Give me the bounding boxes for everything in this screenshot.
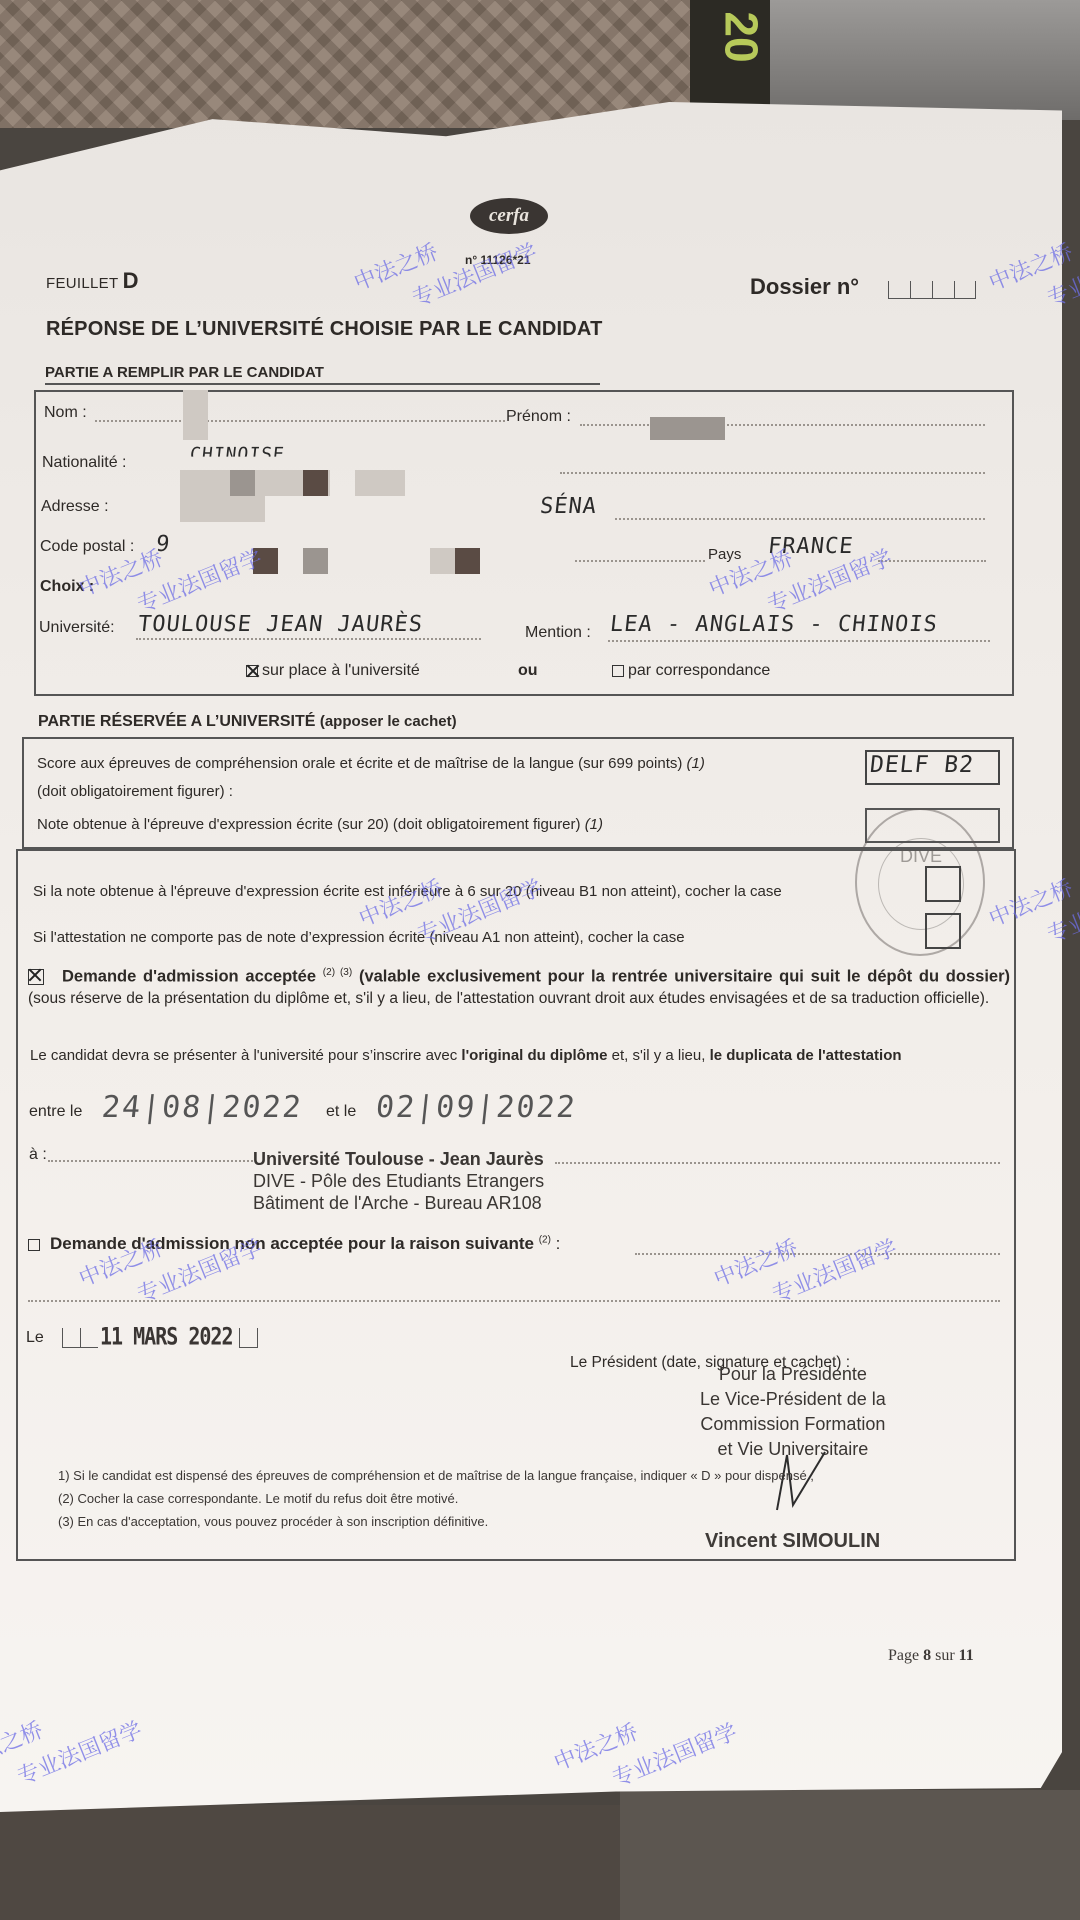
background-basket (0, 0, 710, 128)
footnote-2: (2) Cocher la case correspondante. Le mo… (58, 1487, 814, 1510)
code-postal-value[interactable]: 9 (155, 532, 172, 557)
sheet-label-text: FEUILLET (46, 275, 118, 292)
location-name: Université Toulouse - Jean Jaurès (253, 1148, 544, 1170)
page-number: Page 8 sur 11 (888, 1647, 974, 1665)
university-section-title: PARTIE RÉSERVÉE A L’UNIVERSITÉ (38, 713, 315, 730)
must-present-part1: Le candidat devra se présenter à l'unive… (30, 1047, 461, 1064)
redaction (355, 470, 405, 496)
a1-text: Si l'attestation ne comporte pas de note… (33, 927, 685, 948)
refused-reason-field-2[interactable] (28, 1300, 1000, 1302)
location-field-line-right (555, 1162, 1000, 1164)
candidate-section-header: PARTIE A REMPLIR PAR LE CANDIDAT (45, 364, 324, 381)
accepted-title: Demande d'admission acceptée (62, 968, 316, 986)
signatory-name: Vincent SIMOULIN (705, 1530, 880, 1553)
redaction (303, 470, 328, 496)
redaction (180, 496, 265, 522)
footnote-1: 1) Si le candidat est dispensé des épreu… (58, 1464, 814, 1487)
must-present-duplicate: le duplicata de l'attestation (710, 1047, 902, 1064)
background-book: 20 (690, 0, 770, 105)
decision-date-value: 11 MARS 2022 (100, 1322, 233, 1351)
redaction (455, 548, 480, 574)
page-total: 11 (959, 1647, 974, 1664)
location-block: Université Toulouse - Jean Jaurès DIVE -… (253, 1148, 544, 1214)
or-label: ou (518, 662, 538, 680)
must-present-part2: et, s'il y a lieu, (608, 1047, 710, 1064)
between-label: entre le (29, 1103, 82, 1121)
date-to-value[interactable]: 02|09|2022 (374, 1090, 578, 1125)
signatory-line: Le Vice-Président de la (700, 1387, 886, 1412)
refused-ref: (2) (539, 1234, 551, 1245)
accepted-block: Demande d'admission acceptée (2) (3) (va… (28, 962, 1010, 1009)
a1-checkbox[interactable] (925, 913, 961, 949)
sheet-letter: D (123, 268, 139, 293)
and-label: et le (326, 1103, 356, 1121)
correspondence-checkbox[interactable] (612, 665, 624, 677)
must-present-text: Le candidat devra se présenter à l'unive… (30, 1045, 1010, 1066)
redaction (230, 470, 255, 496)
pays-label: Pays (708, 546, 741, 563)
nom-field[interactable] (95, 420, 505, 422)
location-field-line (48, 1160, 253, 1162)
score-required: (doit obligatoirement figurer) : (37, 783, 233, 800)
accepted-conditions: (sous réserve de la présentation du dipl… (28, 988, 1010, 1009)
note-label-text: Note obtenue à l'épreuve d'expression éc… (37, 816, 581, 833)
note-label: Note obtenue à l'épreuve d'expression éc… (37, 816, 603, 833)
score-label-text: Score aux épreuves de compréhension oral… (37, 755, 682, 772)
choix-label: Choix : (40, 578, 94, 596)
redaction (253, 548, 278, 574)
b1-text: Si la note obtenue à l'épreuve d'express… (33, 881, 782, 902)
dossier-number-label: Dossier n° (750, 274, 859, 300)
universite-field-line (136, 638, 481, 640)
university-section-note: (apposer le cachet) (320, 713, 457, 730)
pays-field-line (878, 560, 986, 562)
mention-label: Mention : (525, 624, 591, 642)
accepted-refs: (2) (3) (323, 967, 352, 978)
must-present-original: l'original du diplôme (461, 1047, 607, 1064)
location-line2: DIVE - Pôle des Etudiants Etrangers (253, 1170, 544, 1192)
universite-label: Université: (39, 619, 115, 637)
redaction (650, 417, 725, 440)
background-floor-right (620, 1790, 1080, 1920)
on-site-checkbox[interactable] (246, 665, 258, 677)
signatory-line: Pour la Présidente (700, 1362, 886, 1387)
university-section-header: PARTIE RÉSERVÉE A L’UNIVERSITÉ (apposer … (38, 713, 457, 731)
footnotes: 1) Si le candidat est dispensé des épreu… (58, 1464, 814, 1533)
prenom-field[interactable] (580, 424, 985, 426)
score-value: DELF B2 (869, 752, 976, 778)
adresse-value[interactable]: SÉNA (539, 494, 599, 519)
candidate-section-box (34, 390, 1014, 696)
redaction (183, 390, 208, 440)
dossier-number-field[interactable] (888, 281, 976, 299)
on-site-label: sur place à l'université (262, 662, 420, 679)
stamp-text: DIVE (900, 846, 942, 867)
signatory-block: Pour la Présidente Le Vice-Président de … (700, 1362, 886, 1462)
divider (45, 383, 600, 385)
score-ref: (1) (687, 755, 705, 772)
pays-value[interactable]: FRANCE (767, 534, 855, 559)
redaction (303, 548, 328, 574)
at-label: à : (29, 1146, 47, 1164)
universite-value[interactable]: TOULOUSE JEAN JAURÈS (137, 612, 425, 637)
refused-checkbox[interactable] (28, 1239, 40, 1251)
refused-option[interactable]: Demande d'admission non acceptée pour la… (28, 1234, 560, 1254)
adresse-field-line (615, 518, 985, 520)
accepted-checkbox[interactable] (28, 969, 44, 985)
decision-date-field[interactable]: 11 MARS 2022 (62, 1324, 275, 1348)
mention-field-line (608, 640, 990, 642)
note-ref: (1) (585, 816, 603, 833)
adresse-label: Adresse : (41, 498, 109, 516)
accepted-validity: (valable exclusivement pour la rentrée u… (359, 968, 1010, 986)
refused-label: Demande d'admission non acceptée pour la… (50, 1234, 534, 1253)
cerfa-number: n° 11126*21 (465, 253, 531, 267)
correspondence-label: par correspondance (628, 662, 770, 679)
background-floor (0, 1805, 620, 1920)
mention-value[interactable]: LEA - ANGLAIS - CHINOIS (609, 612, 939, 637)
score-label: Score aux épreuves de compréhension oral… (37, 755, 705, 772)
nationalite-field-line (560, 472, 985, 474)
page-title: RÉPONSE DE L’UNIVERSITÉ CHOISIE PAR LE C… (46, 318, 603, 341)
signatory-line: Commission Formation (700, 1412, 886, 1437)
code-postal-label: Code postal : (40, 538, 134, 556)
nom-label: Nom : (44, 404, 87, 422)
location-line3: Bâtiment de l'Arche - Bureau AR108 (253, 1192, 544, 1214)
page-prefix: Page (888, 1647, 919, 1664)
footnote-3: (3) En cas d'acceptation, vous pouvez pr… (58, 1510, 814, 1533)
b1-checkbox[interactable] (925, 866, 961, 902)
cerfa-logo: cerfa (470, 198, 548, 234)
background-cloth (770, 0, 1080, 120)
option-correspondence[interactable]: par correspondance (612, 662, 770, 680)
ville-field-line (575, 560, 705, 562)
date-label: Le (26, 1329, 44, 1347)
page-mid: sur (935, 1647, 955, 1664)
prenom-label: Prénom : (506, 408, 571, 426)
option-on-site[interactable]: sur place à l'université (246, 662, 420, 680)
nationalite-label: Nationalité : (42, 454, 127, 472)
page-current: 8 (923, 1647, 931, 1664)
date-from-value[interactable]: 24|08|2022 (100, 1090, 304, 1125)
redaction (430, 548, 455, 574)
refused-reason-field[interactable] (635, 1253, 1000, 1255)
sheet-label: FEUILLET D (46, 268, 139, 294)
